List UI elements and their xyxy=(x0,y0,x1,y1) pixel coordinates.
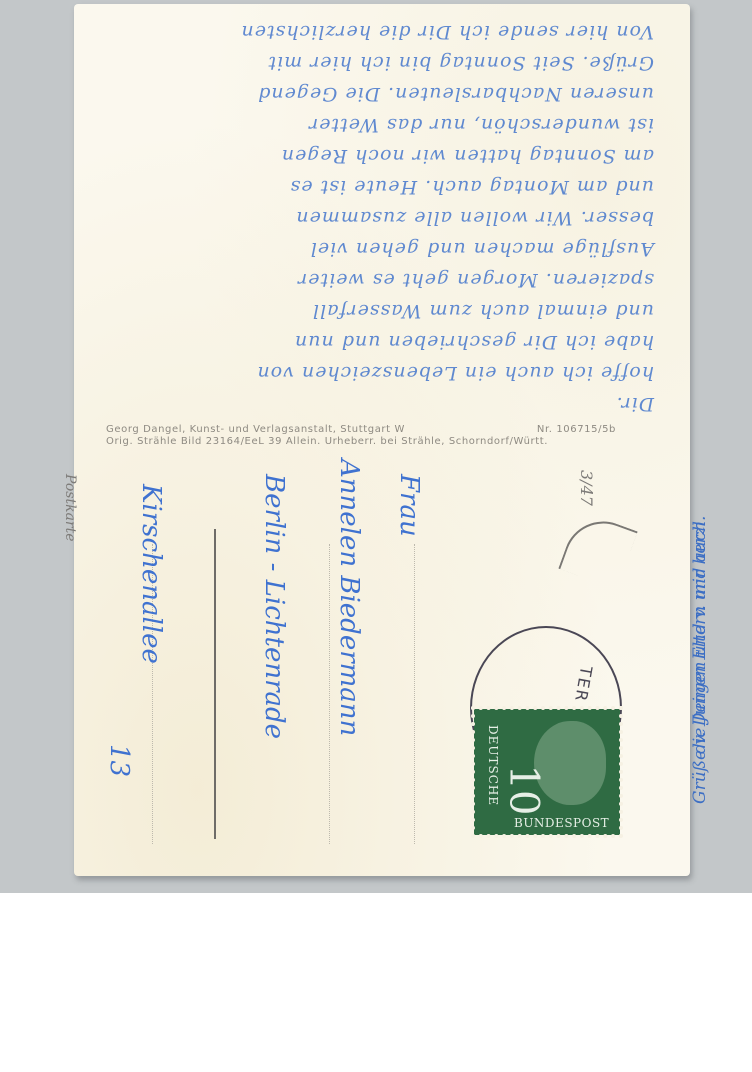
message-line: und am Montag auch. Heute ist es xyxy=(94,171,654,202)
imprint-copyright: Orig. Strähle Bild 23164/EeL 39 Allein. … xyxy=(106,436,616,448)
address-line xyxy=(414,544,415,844)
pencil-note-number: 3/47 xyxy=(577,470,596,506)
postcard: Dir. hoffe ich auch ein Lebenszeichen vo… xyxy=(74,4,690,876)
address-line xyxy=(329,544,330,844)
imprint-number: Nr. 106715/5b xyxy=(537,424,616,436)
address-line-2: Annelen Biedermann xyxy=(334,459,364,736)
stamp-country: DEUTSCHE xyxy=(486,725,500,806)
postage-stamp: DEUTSCHE 10 BUNDESPOST xyxy=(474,709,620,835)
address-line-1: Frau xyxy=(394,474,424,537)
message-line: habe ich Dir geschrieben und nun xyxy=(94,326,654,357)
message-line: am Sonntag hatten wir noch Regen xyxy=(94,140,654,171)
side-note: die Jungen und v. mir herzl. xyxy=(686,516,714,754)
stamp-issuer: BUNDESPOST xyxy=(514,816,609,830)
message-line: Grüße. Seit Sonntag bin ich hier mit xyxy=(94,47,654,78)
address-line-5: 13 xyxy=(104,744,134,777)
address-line-4: Kirschenallee xyxy=(136,484,166,664)
message-line: Von hier sende ich Dir die herzlichsten xyxy=(94,16,654,47)
side-note-line: die Jungen und v. mir herzl. xyxy=(686,516,714,754)
stamp-value: 10 xyxy=(500,765,546,816)
message-line: besser. Wir wollen alle zusammen xyxy=(94,202,654,233)
message-line: hoffe ich auch ein Lebenszeichen von xyxy=(94,357,654,388)
handwritten-message: Dir. hoffe ich auch ein Lebenszeichen vo… xyxy=(94,16,654,419)
imprint-publisher: Georg Dangel, Kunst- und Verlagsanstalt,… xyxy=(106,424,405,436)
address-divider xyxy=(214,529,216,839)
message-line: spazieren. Morgen geht es weiter xyxy=(94,264,654,295)
publisher-imprint: Georg Dangel, Kunst- und Verlagsanstalt,… xyxy=(106,424,616,448)
address-line-3: Berlin - Lichtenrade xyxy=(259,474,289,739)
pencil-note-postkarte: Postkarte xyxy=(62,474,78,542)
message-line: ist wunderschön, nur das Wetter xyxy=(94,109,654,140)
pencil-mark xyxy=(558,510,637,589)
message-line: Dir. xyxy=(94,388,654,419)
message-line: Ausflüge machen und gehen viel xyxy=(94,233,654,264)
message-line: und einmal auch zum Wasserfall xyxy=(94,295,654,326)
message-line: unseren Nachbarsleuten. Die Gegend xyxy=(94,78,654,109)
